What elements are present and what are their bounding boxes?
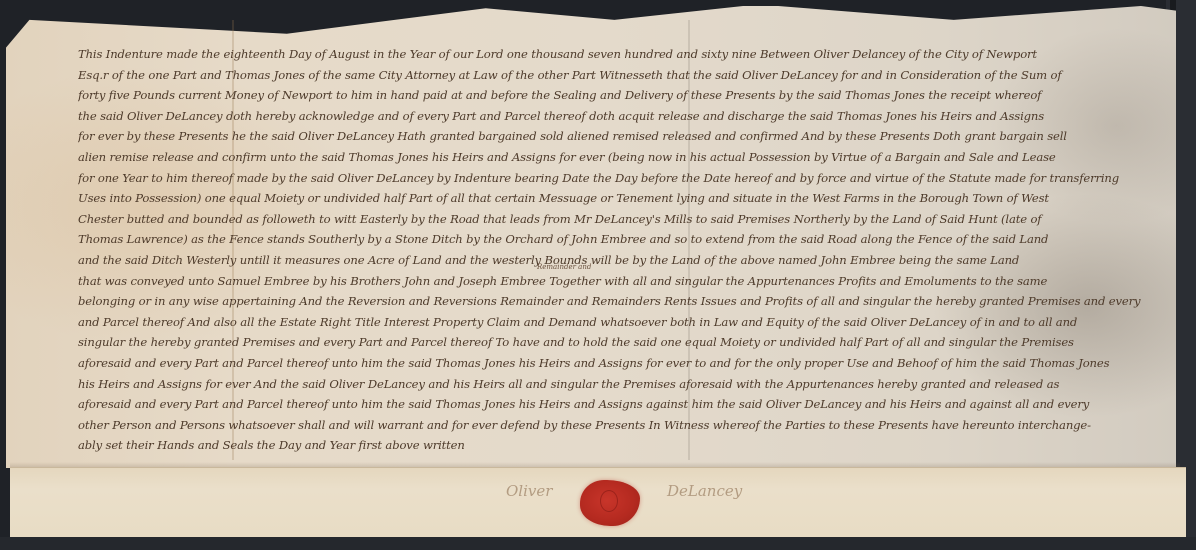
text-line: This Indenture made the eighteenth Day o… [78, 44, 1170, 65]
text-line: aforesaid and every Part and Parcel ther… [78, 353, 1170, 374]
text-line: Uses into Possession) one equal Moiety o… [78, 188, 1170, 209]
text-line: other Person and Persons whatsoever shal… [78, 415, 1170, 436]
signature-last-name: DeLancey [667, 482, 742, 500]
signature-first-name: Oliver [506, 482, 552, 500]
text-line: Thomas Lawrence) as the Fence stands Sou… [78, 229, 1170, 250]
text-line: belonging or in any wise appertaining An… [78, 291, 1170, 312]
text-line: alien remise release and confirm unto th… [78, 147, 1170, 168]
text-line: that was conveyed unto Samuel Embree by … [78, 271, 1170, 292]
text-line: Esq.r of the one Part and Thomas Jones o… [78, 65, 1170, 86]
text-line: forty five Pounds current Money of Newpo… [78, 85, 1170, 106]
text-line: aforesaid and every Part and Parcel ther… [78, 394, 1170, 415]
frame-border-bottom [0, 537, 1196, 550]
text-line: for ever by these Presents he the said O… [78, 126, 1170, 147]
indenture-text: This Indenture made the eighteenth Day o… [78, 44, 1170, 456]
interlinear-insertion: Remainder and [537, 263, 591, 271]
text-line: the said Oliver DeLancey doth hereby ack… [78, 106, 1170, 127]
text-line: singular the hereby granted Premises and… [78, 332, 1170, 353]
text-line: and the said Ditch Westerly untill it me… [78, 250, 1170, 271]
text-line: Chester butted and bounded as followeth … [78, 209, 1170, 230]
text-line: for one Year to him thereof made by the … [78, 168, 1170, 189]
text-line: and Parcel thereof And also all the Esta… [78, 312, 1170, 333]
text-line: his Heirs and Assigns for ever And the s… [78, 374, 1170, 395]
text-line: ably set their Hands and Seals the Day a… [78, 435, 1170, 456]
